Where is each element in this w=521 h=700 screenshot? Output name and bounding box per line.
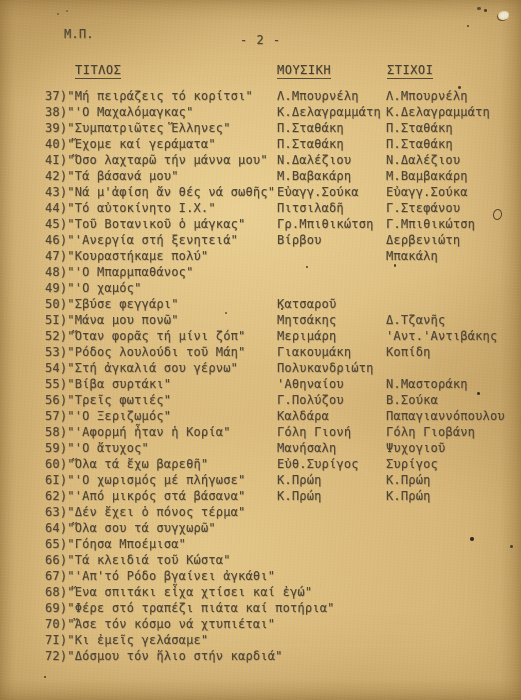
- row-lyrics: Κ.Πρώη: [386, 472, 431, 488]
- table-row: 56)"Τρεῖς φωτιές" Γ.Πολύζου Β.Σούκα: [0, 392, 521, 408]
- row-entry: 48)"'Ο Μπαρμπαθάνος": [45, 264, 194, 280]
- row-lyrics: Λ.Μπουρνέλη: [386, 88, 468, 104]
- table-row: 63)"Δέν ἔχει ὁ πόνος τέρμα": [0, 504, 521, 520]
- row-music: 'Αθηναίου: [277, 376, 344, 392]
- paper-speck: [306, 266, 308, 268]
- table-row: 6Ι)"'Ο χωρισμός μέ πλήγωσε" Κ.Πρώη Κ.Πρώ…: [0, 472, 521, 488]
- row-entry: 69)"Φέρε στό τραπέζι πιάτα καί ποτήρια": [45, 600, 335, 616]
- row-entry: 66)"Τά κλειδιά τοῦ Κώστα": [45, 552, 231, 568]
- row-music: Λ.Μπουρνέλη: [277, 88, 359, 104]
- table-row: 70)"Ἄσε τόν κόσμο νά χτυπιέται": [0, 616, 521, 632]
- column-header-music: ΜΟΥΣΙΚΗ: [277, 63, 331, 79]
- paper-speck: [477, 392, 480, 395]
- row-music: Κατσαροῦ: [277, 296, 336, 312]
- row-music: Γιακουμάκη: [277, 344, 351, 360]
- row-entry: 57)"'Ο Ξεριζωμός": [45, 408, 171, 424]
- row-lyrics: Π.Σταθάκη: [386, 120, 453, 136]
- row-entry: 5Ι)"Μάνα μου πονῶ": [45, 312, 179, 328]
- row-lyrics: Δ.Τζανῆς: [386, 312, 445, 328]
- table-row: 52)"Ὅταν φορᾶς τή μίνι ζόπ" Μεριμάρη 'Αν…: [0, 328, 521, 344]
- row-entry: 65)"Γόησα Μποέμισα": [45, 536, 186, 552]
- column-header-lyrics: ΣΤΙΧΟΙ: [387, 63, 433, 79]
- page-number: - 2 -: [240, 33, 281, 47]
- row-entry: 68)"Ἕνα σπιτάκι εἶχα χτίσει καί ἐγώ": [45, 584, 312, 600]
- row-entry: 59)"'Ο ἄτυχος": [45, 440, 149, 456]
- row-music: Πιτσιλαδῆ: [277, 200, 344, 216]
- table-row: 4Ι)"Ὅσο λαχταρῶ τήν μάννα μου" Ν.Δαλέζιο…: [0, 152, 521, 168]
- row-lyrics: Π.Σταθάκη: [386, 136, 453, 152]
- row-lyrics: Κοπίδη: [386, 344, 431, 360]
- row-music: Μ.Βαβακάρη: [277, 168, 351, 184]
- row-entry: 63)"Δέν ἔχει ὁ πόνος τέρμα": [45, 504, 245, 520]
- row-lyrics: Κ.Πρώη: [386, 488, 431, 504]
- row-music: Καλδάρα: [277, 408, 329, 424]
- paper-speck: [477, 7, 481, 10]
- paper-speck: [57, 13, 59, 15]
- paper-speck: [66, 10, 68, 12]
- row-entry: 54)"Στή ἀγκαλιά σου γέρνω": [45, 360, 238, 376]
- table-row: 64)"Ὅλα σου τά συγχωρῶ": [0, 520, 521, 536]
- table-row: 68)"Ἕνα σπιτάκι εἶχα χτίσει καί ἐγώ": [0, 584, 521, 600]
- row-entry: 64)"Ὅλα σου τά συγχωρῶ": [45, 520, 216, 536]
- row-lyrics: Εὐαγγ.Σούκα: [386, 184, 468, 200]
- table-row: 37)"Μή πειράζεις τό κορίτσι" Λ.Μπουρνέλη…: [0, 88, 521, 104]
- row-music: Ν.Δαλέζιου: [277, 152, 351, 168]
- table-row: 50)"Σβύσε φεγγάρι" Κατσαροῦ: [0, 296, 521, 312]
- row-music: Κ.Πρώη: [277, 488, 322, 504]
- row-lyrics: Παπαγιαννόπουλου: [386, 408, 505, 424]
- row-entry: 62)"'Από μικρός στά βάσανα": [45, 488, 245, 504]
- paper-speck: [394, 264, 396, 267]
- row-entry: 67)"'Απ'τό Ρόδο βγαίνει ἀγκάθι": [45, 568, 275, 584]
- paper-speck: [458, 86, 461, 89]
- row-entry: 42)"Τά βάσανά μου": [45, 168, 179, 184]
- table-row: 43)"Νά μ'ἀφίση ἄν θές νά σωθῆς" Εὐαγγ.Σο…: [0, 184, 521, 200]
- table-row: 46)"'Ανεργία στή ξενητειά" Βίρβου Δερβεν…: [0, 232, 521, 248]
- row-entry: 60)"Ὅλα τά ἔχω βαρεθῆ": [45, 456, 208, 472]
- row-entry: 52)"Ὅταν φορᾶς τή μίνι ζόπ": [45, 328, 245, 344]
- table-row: 59)"'Ο ἄτυχος" Μανήσαλη Ψυχογιοῦ: [0, 440, 521, 456]
- row-entry: 6Ι)"'Ο χωρισμός μέ πλήγωσε": [45, 472, 245, 488]
- row-music: Βίρβου: [277, 232, 322, 248]
- table-row: 39)"Συμπατριῶτες Ἕλληνες" Π.Σταθάκη Π.Στ…: [0, 120, 521, 136]
- table-row: 48)"'Ο Μπαρμπαθάνος": [0, 264, 521, 280]
- row-lyrics: Συρίγος: [386, 456, 438, 472]
- row-music: Μανήσαλη: [277, 440, 336, 456]
- row-entry: 46)"'Ανεργία στή ξενητειά": [45, 232, 238, 248]
- paper-speck: [281, 308, 283, 310]
- table-row: 66)"Τά κλειδιά τοῦ Κώστα": [0, 552, 521, 568]
- table-row: 42)"Τά βάσανά μου" Μ.Βαβακάρη Μ.Βαμβακάρ…: [0, 168, 521, 184]
- row-lyrics: Μπακάλη: [386, 248, 438, 264]
- table-row: 53)"Ρόδος λουλούδι τοῦ Μάη" Γιακουμάκη Κ…: [0, 344, 521, 360]
- row-music: Εὐθ.Συρίγος: [277, 456, 359, 472]
- row-entry: 72)"Δόσμου τόν ἥλιο στήν καρδιά": [45, 648, 283, 664]
- paper-chip: [498, 11, 509, 20]
- table-row: 67)"'Απ'τό Ρόδο βγαίνει ἀγκάθι": [0, 568, 521, 584]
- row-lyrics: Γόλη Γιοβάνη: [386, 424, 475, 440]
- row-lyrics: Μ.Βαμβακάρη: [386, 168, 468, 184]
- paper-speck: [44, 676, 46, 678]
- table-row: 5Ι)"Μάνα μου πονῶ" Μητσάκης Δ.Τζανῆς: [0, 312, 521, 328]
- table-row: 72)"Δόσμου τόν ἥλιο στήν καρδιά": [0, 648, 521, 664]
- row-entry: 7Ι)"Κι ἐμεῖς γελάσαμε": [45, 632, 208, 648]
- row-lyrics: 'Αντ.'Αντιβάκης: [386, 328, 497, 344]
- row-entry: 58)"'Αφορμή ἦταν ἡ Κορία": [45, 424, 231, 440]
- paper-speck: [470, 537, 474, 541]
- row-entry: 53)"Ρόδος λουλούδι τοῦ Μάη": [45, 344, 245, 360]
- paper-speck: [510, 545, 513, 548]
- table-row: 58)"'Αφορμή ἦταν ἡ Κορία" Γόλη Γιονή Γόλ…: [0, 424, 521, 440]
- row-music: Π.Σταθάκη: [277, 136, 344, 152]
- document-page: Μ.Π. - 2 - ΤΙΤΛΟΣ ΜΟΥΣΙΚΗ ΣΤΙΧΟΙ 37)"Μή …: [0, 0, 521, 700]
- paper-speck: [484, 9, 487, 12]
- row-entry: 70)"Ἄσε τόν κόσμο νά χτυπιέται": [45, 616, 275, 632]
- row-entry: 39)"Συμπατριῶτες Ἕλληνες": [45, 120, 231, 136]
- row-lyrics: Δερβενιώτη: [386, 232, 460, 248]
- table-row: 44)"Τό αὐτοκίνητο Ι.Χ." Πιτσιλαδῆ Γ.Στεφ…: [0, 200, 521, 216]
- table-row: 7Ι)"Κι ἐμεῖς γελάσαμε": [0, 632, 521, 648]
- row-music: Πολυκανδριώτη: [277, 360, 374, 376]
- table-row: 47)"Κουραστήκαμε πολύ" Μπακάλη: [0, 248, 521, 264]
- initials-stamp: Μ.Π.: [64, 27, 94, 41]
- row-lyrics: Ψυχογιοῦ: [386, 440, 445, 456]
- row-music: Μητσάκης: [277, 312, 336, 328]
- table-row: 57)"'Ο Ξεριζωμός" Καλδάρα Παπαγιαννόπουλ…: [0, 408, 521, 424]
- paper-speck: [467, 25, 469, 27]
- row-entry: 44)"Τό αὐτοκίνητο Ι.Χ.": [45, 200, 216, 216]
- table-row: 60)"Ὅλα τά ἔχω βαρεθῆ" Εὐθ.Συρίγος Συρίγ…: [0, 456, 521, 472]
- row-entry: 49)"'Ο χαμός": [45, 280, 142, 296]
- paper-speck: [225, 312, 227, 314]
- row-music: Γ.Πολύζου: [277, 392, 344, 408]
- row-entry: 43)"Νά μ'ἀφίση ἄν θές νά σωθῆς": [45, 184, 275, 200]
- row-entry: 56)"Τρεῖς φωτιές": [45, 392, 171, 408]
- table-row: 62)"'Από μικρός στά βάσανα" Κ.Πρώη Κ.Πρώ…: [0, 488, 521, 504]
- row-entry: 50)"Σβύσε φεγγάρι": [45, 296, 179, 312]
- row-music: Εὐαγγ.Σούκα: [277, 184, 359, 200]
- row-lyrics: Γ.Στεφάνου: [386, 200, 460, 216]
- row-entry: 55)"Βίβα συρτάκι": [45, 376, 171, 392]
- table-row: 55)"Βίβα συρτάκι" 'Αθηναίου Ν.Μαστοράκη: [0, 376, 521, 392]
- table-row: 65)"Γόησα Μποέμισα": [0, 536, 521, 552]
- row-lyrics: Β.Σούκα: [386, 392, 438, 408]
- row-music: Γόλη Γιονή: [277, 424, 351, 440]
- row-entry: 38)"'Ο Μαχαλόμαγκας": [45, 104, 194, 120]
- table-row: 54)"Στή ἀγκαλιά σου γέρνω" Πολυκανδριώτη: [0, 360, 521, 376]
- row-lyrics: Γ.Μπιθικώτση: [386, 216, 475, 232]
- row-music: Γρ.Μπιθικώτση: [277, 216, 374, 232]
- row-music: Κ.Πρώη: [277, 472, 322, 488]
- table-row: 49)"'Ο χαμός": [0, 280, 521, 296]
- row-entry: 4Ι)"Ὅσο λαχταρῶ τήν μάννα μου": [45, 152, 268, 168]
- row-entry: 40)"Ἔχομε καί γεράματα": [45, 136, 216, 152]
- row-music: Μεριμάρη: [277, 328, 336, 344]
- row-lyrics: Ν.Μαστοράκη: [386, 376, 468, 392]
- row-music: Κ.Δελαγραμμάτη: [277, 104, 381, 120]
- table-row: 69)"Φέρε στό τραπέζι πιάτα καί ποτήρια": [0, 600, 521, 616]
- row-music: Π.Σταθάκη: [277, 120, 344, 136]
- row-lyrics: Ν.Δαλέζιου: [386, 152, 460, 168]
- row-lyrics: Κ.Δελαγραμμάτη: [386, 104, 490, 120]
- table-row: 45)"Τοῦ Βοτανικοῦ ὁ μάγκας" Γρ.Μπιθικώτσ…: [0, 216, 521, 232]
- row-entry: 47)"Κουραστήκαμε πολύ": [45, 248, 208, 264]
- table-row: 40)"Ἔχομε καί γεράματα" Π.Σταθάκη Π.Σταθ…: [0, 136, 521, 152]
- song-table-rows: 37)"Μή πειράζεις τό κορίτσι" Λ.Μπουρνέλη…: [0, 88, 521, 664]
- row-entry: 45)"Τοῦ Βοτανικοῦ ὁ μάγκας": [45, 216, 245, 232]
- column-header-title: ΤΙΤΛΟΣ: [75, 63, 121, 79]
- row-entry: 37)"Μή πειράζεις τό κορίτσι": [45, 88, 253, 104]
- table-row: 38)"'Ο Μαχαλόμαγκας" Κ.Δελαγραμμάτη Κ.Δε…: [0, 104, 521, 120]
